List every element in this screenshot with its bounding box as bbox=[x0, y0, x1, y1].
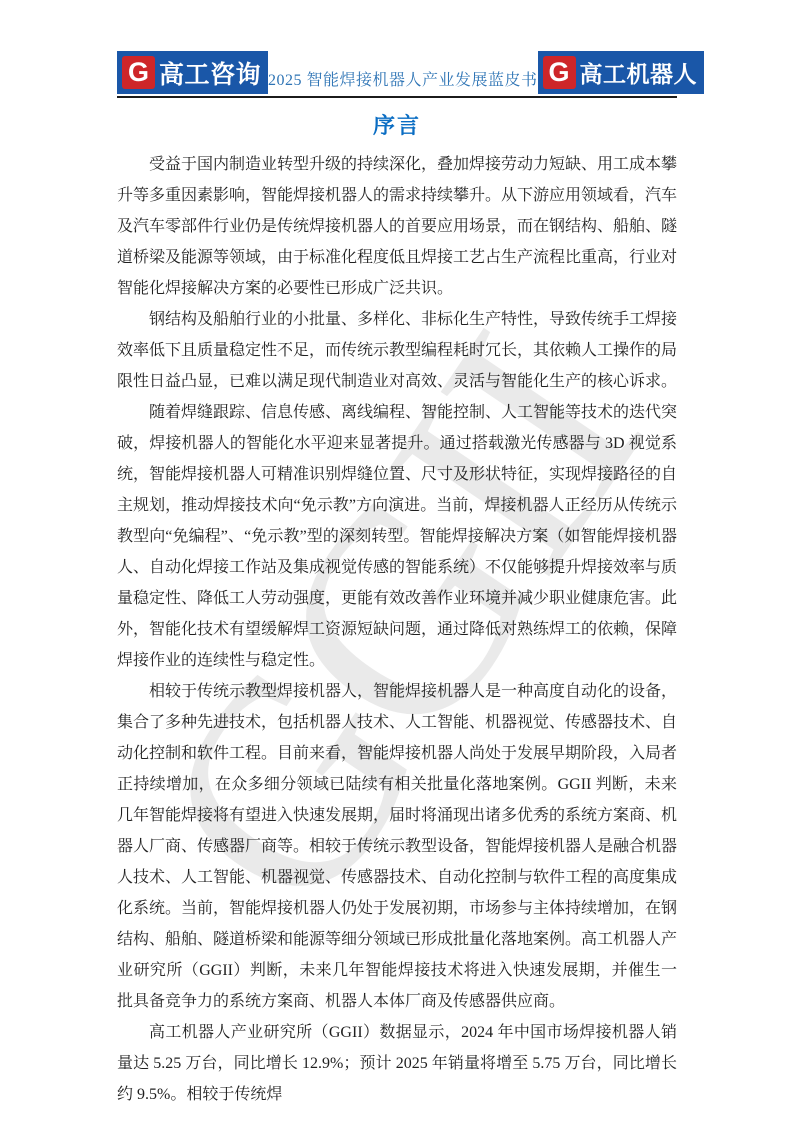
paragraph-2: 钢结构及船舶行业的小批量、多样化、非标化生产特性，导致传统手工焊接效率低下且质量… bbox=[117, 304, 677, 397]
paragraph-3: 随着焊缝跟踪、信息传感、离线编程、智能控制、人工智能等技术的迭代突破，焊接机器人… bbox=[117, 397, 677, 676]
gaogong-robot-logo: G 高工机器人 bbox=[538, 51, 705, 94]
document-page: GGII G 高工咨询 2025 智能焊接机器人产业发展蓝皮书 G 高工机器人 … bbox=[0, 0, 793, 1122]
paragraph-5: 高工机器人产业研究所（GGII）数据显示，2024 年中国市场焊接机器人销量达 … bbox=[117, 1017, 677, 1110]
left-logo-text: 高工咨询 bbox=[159, 55, 261, 91]
document-subtitle: 2025 智能焊接机器人产业发展蓝皮书 bbox=[268, 67, 538, 94]
paragraph-4: 相较于传统示教型焊接机器人，智能焊接机器人是一种高度自动化的设备，集合了多种先进… bbox=[117, 676, 677, 1017]
right-logo-text: 高工机器人 bbox=[580, 56, 698, 89]
paragraph-1: 受益于国内制造业转型升级的持续深化，叠加焊接劳动力短缺、用工成本攀升等多重因素影… bbox=[117, 149, 677, 304]
page-header: G 高工咨询 2025 智能焊接机器人产业发展蓝皮书 G 高工机器人 bbox=[117, 51, 677, 98]
gaogong-consulting-logo: G 高工咨询 bbox=[117, 51, 268, 94]
logo-g-icon: G bbox=[122, 56, 155, 89]
page-title: 序言 bbox=[117, 109, 677, 140]
document-body: 受益于国内制造业转型升级的持续深化，叠加焊接劳动力短缺、用工成本攀升等多重因素影… bbox=[117, 149, 677, 1110]
logo-g-icon: G bbox=[543, 56, 576, 89]
